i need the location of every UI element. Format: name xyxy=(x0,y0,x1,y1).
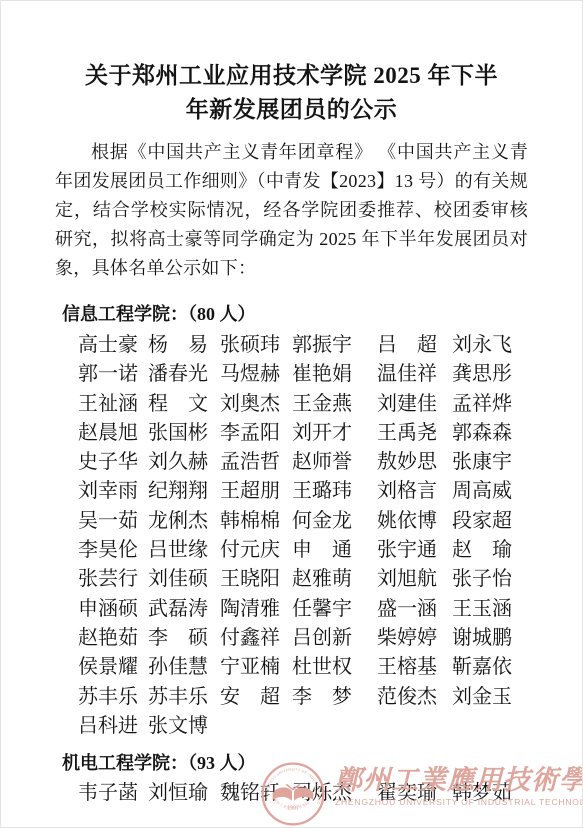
student-name: 崔艳娟 xyxy=(292,360,377,389)
student-name: 赵晨旭 xyxy=(78,419,148,448)
student-name: 盛一涵 xyxy=(377,595,452,624)
student-name: 吕科进 xyxy=(78,712,148,741)
student-name: 王晓阳 xyxy=(220,565,292,594)
student-name: 刘佳硕 xyxy=(148,565,220,594)
student-name: 孟祥烨 xyxy=(452,390,515,419)
student-name: 吕 超 xyxy=(377,331,452,360)
student-name: 王超朋 xyxy=(220,477,292,506)
student-name: 王金燕 xyxy=(292,390,377,419)
student-name: 侯景耀 xyxy=(78,653,148,682)
student-name: 刘建佳 xyxy=(377,390,452,419)
university-watermark-logo: ZHENGZHOU UNIVERSITY OF INDUSTRIAL TECHN… xyxy=(260,761,583,827)
student-name: 申 通 xyxy=(292,536,377,565)
student-name: 刘奥杰 xyxy=(220,390,292,419)
student-name: 王璐玮 xyxy=(292,477,377,506)
student-name: 韦子菡 xyxy=(78,779,148,808)
student-name: 郭一诺 xyxy=(78,360,148,389)
student-name: 孙佳慧 xyxy=(148,653,220,682)
student-name: 刘开才 xyxy=(292,419,377,448)
student-name: 李昊伦 xyxy=(78,536,148,565)
student-name: 王禹尧 xyxy=(377,419,452,448)
student-name: 张国彬 xyxy=(148,419,220,448)
student-name: 杨 易 xyxy=(148,331,220,360)
student-name: 刘金玉 xyxy=(452,683,515,712)
student-name: 安 超 xyxy=(220,683,292,712)
student-name: 张宇通 xyxy=(377,536,452,565)
student-name: 刘旭航 xyxy=(377,565,452,594)
document-title-line1: 关于郑州工业应用技术学院 2025 年下半 xyxy=(55,59,528,93)
student-name: 张芸行 xyxy=(78,565,148,594)
student-name: 王玉涵 xyxy=(452,595,515,624)
student-name: 李 梦 xyxy=(292,683,377,712)
student-name: 张文博 xyxy=(148,712,220,741)
student-name: 李孟阳 xyxy=(220,419,292,448)
student-name: 武磊涛 xyxy=(148,595,220,624)
student-name: 孟浩哲 xyxy=(220,448,292,477)
student-name: 赵艳茹 xyxy=(78,624,148,653)
student-name: 程 文 xyxy=(148,390,220,419)
student-name: 任馨宇 xyxy=(292,595,377,624)
student-name: 高士豪 xyxy=(78,331,148,360)
student-name: 吴一茹 xyxy=(78,507,148,536)
student-name: 刘久赫 xyxy=(148,448,220,477)
student-name: 苏丰乐 xyxy=(148,683,220,712)
student-name: 敖妙思 xyxy=(377,448,452,477)
student-name: 马煜赫 xyxy=(220,360,292,389)
student-name: 范俊杰 xyxy=(377,683,452,712)
student-name: 张子怡 xyxy=(452,565,515,594)
student-name: 赵雅萌 xyxy=(292,565,377,594)
student-name: 何金龙 xyxy=(292,507,377,536)
student-name: 陶清雅 xyxy=(220,595,292,624)
student-name: 段家超 xyxy=(452,507,515,536)
department-header-information-engineering: 信息工程学院：（80 人） xyxy=(62,301,528,328)
university-seal-icon: ZHENGZHOU UNIVERSITY OF INDUSTRIAL TECHN… xyxy=(260,761,326,827)
student-name: 姚依博 xyxy=(377,507,452,536)
student-name: 谢城鹏 xyxy=(452,624,515,653)
student-name: 王榕基 xyxy=(377,653,452,682)
student-name: 赵 瑜 xyxy=(452,536,515,565)
student-name: 靳嘉依 xyxy=(452,653,515,682)
student-name: 刘恒瑜 xyxy=(148,779,220,808)
student-name: 苏丰乐 xyxy=(78,683,148,712)
student-name: 周高威 xyxy=(452,477,515,506)
student-name: 龚思彤 xyxy=(452,360,515,389)
university-name-english: ZHENGZHOU UNIVERSITY OF INDUSTRIAL TECHN… xyxy=(335,796,583,808)
student-name: 柴婷婷 xyxy=(377,624,452,653)
student-name: 刘格言 xyxy=(377,477,452,506)
student-name: 温佳祥 xyxy=(377,360,452,389)
student-name: 张康宇 xyxy=(452,448,515,477)
document-content: 关于郑州工业应用技术学院 2025 年下半 年新发展团员的公示 根据《中国共产主… xyxy=(1,1,582,808)
student-name: 刘幸雨 xyxy=(78,477,148,506)
document-page: 关于郑州工业应用技术学院 2025 年下半 年新发展团员的公示 根据《中国共产主… xyxy=(0,0,583,828)
student-name: 杜世权 xyxy=(292,653,377,682)
name-grid-information-engineering: 高士豪 杨 易 张硕玮 郭振宇 吕 超 刘永飞 郭一诺 潘春光 马煜赫 崔艳娟 … xyxy=(78,331,515,741)
student-name: 宁亚楠 xyxy=(220,653,292,682)
student-name: 吕创新 xyxy=(292,624,377,653)
student-name: 纪翔翔 xyxy=(148,477,220,506)
document-title: 关于郑州工业应用技术学院 2025 年下半 年新发展团员的公示 xyxy=(55,59,528,127)
student-name: 韩棉棉 xyxy=(220,507,292,536)
student-name: 付鑫祥 xyxy=(220,624,292,653)
student-name: 付元庆 xyxy=(220,536,292,565)
student-name: 潘春光 xyxy=(148,360,220,389)
university-name-chinese: 鄭州工業應用技術學院 xyxy=(335,765,583,795)
document-title-line2: 年新发展团员的公示 xyxy=(55,93,528,127)
student-name: 王祉涵 xyxy=(78,390,148,419)
university-logotype: 鄭州工業應用技術學院 ZHENGZHOU UNIVERSITY OF INDUS… xyxy=(335,765,583,808)
student-name: 吕世缘 xyxy=(148,536,220,565)
student-name: 刘永飞 xyxy=(452,331,515,360)
student-name: 申涵硕 xyxy=(78,595,148,624)
student-name: 赵师誉 xyxy=(292,448,377,477)
student-name: 李 硕 xyxy=(148,624,220,653)
student-name: 史子华 xyxy=(78,448,148,477)
student-name: 郭振宇 xyxy=(292,331,377,360)
student-name: 张硕玮 xyxy=(220,331,292,360)
student-name: 郭森森 xyxy=(452,419,515,448)
student-name: 龙俐杰 xyxy=(148,507,220,536)
document-body-paragraph: 根据《中国共产主义青年团章程》 《中国共产主义青年团发展团员工作细则》（中青发【… xyxy=(55,138,528,283)
